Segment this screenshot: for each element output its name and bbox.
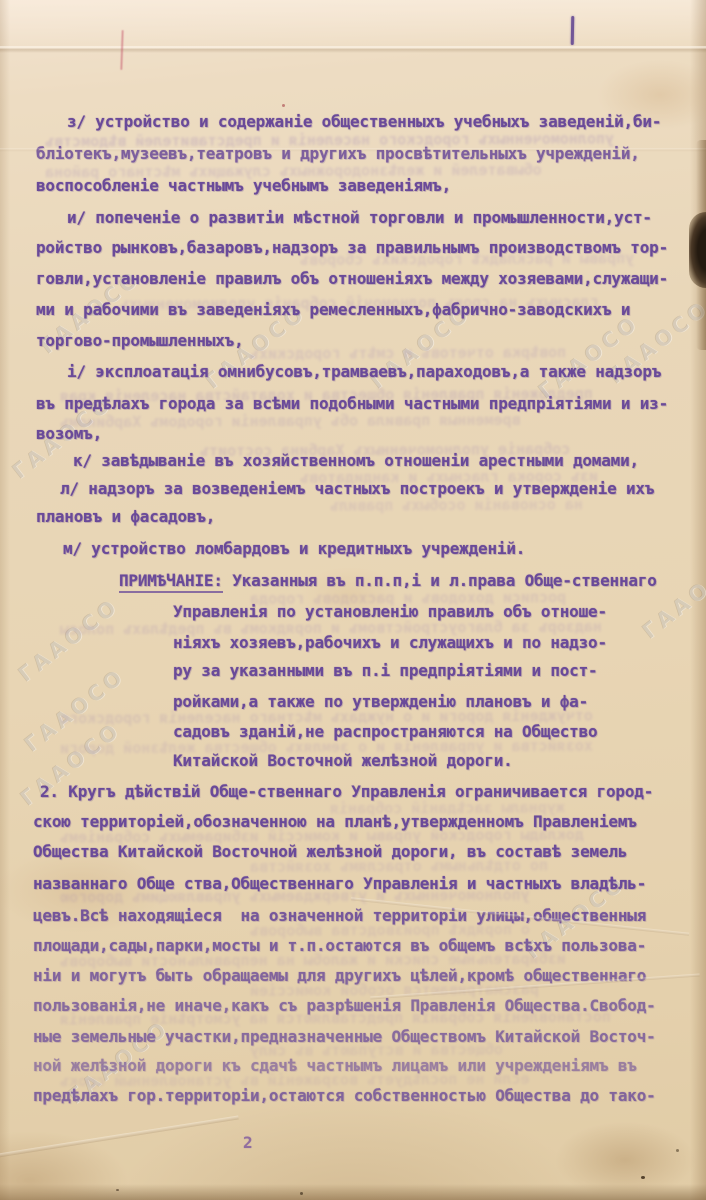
- archive-watermark: ГААОСО: [637, 550, 706, 643]
- archive-watermark: ГААОСО: [13, 593, 123, 686]
- typewritten-line: л/ надзоръ за возведеніемъ частныхъ пост…: [60, 479, 654, 498]
- typewritten-line: названнаго Обще ства,Общественнаго Управ…: [33, 874, 646, 893]
- paper-speck: [641, 1176, 645, 1179]
- paper-damage-hole: [689, 212, 706, 288]
- typewritten-line: предѣлахъ гор.территоріи,остаются собств…: [33, 1086, 656, 1105]
- ink-mark: [571, 16, 575, 45]
- typewritten-line: цевъ.Всѣ находящіеся на означенной терри…: [33, 906, 646, 925]
- bleed-through-line: на основаніи особыхъ правилъ: [330, 495, 583, 514]
- bleed-through-line: временныя правила объ управленіи городом…: [60, 411, 521, 431]
- typewritten-line: ніи и могутъ быть обращаемы для другихъ …: [33, 966, 646, 985]
- page-number: 2: [243, 1133, 253, 1152]
- typewritten-line: ные земельные участки,предназначенные Об…: [33, 1027, 656, 1046]
- typewritten-line: ной желѣзной дороги къ сдачѣ частнымъ ли…: [33, 1056, 637, 1075]
- archive-watermark: ГААОСО: [19, 663, 129, 756]
- typewritten-line: и/ попеченіе о развитіи мѣстной торговли…: [67, 208, 652, 227]
- typewritten-line: ройками,а также по утвержденію плановъ и…: [173, 692, 588, 711]
- paper-speck: [116, 1189, 119, 1191]
- typewritten-line: площади,сады,парки,мосты и т.п.остаются …: [33, 936, 646, 955]
- typewritten-line: Китайской Восточной желѣзной дороги.: [173, 751, 513, 770]
- paper-fold-crease: [0, 46, 706, 53]
- typewritten-line: ПРИМѢЧАНІЕ: Указанныя въ п.п.п,і и л.пра…: [119, 571, 657, 590]
- paper-speck: [282, 104, 285, 107]
- typewritten-line: Общества Китайской Восточной желѣзной до…: [33, 842, 627, 861]
- typewritten-line: бліотекъ,музеевъ,театровъ и другихъ прос…: [36, 144, 640, 163]
- torn-edge-wear: [696, 140, 706, 350]
- typewritten-line: въ предѣлахъ города за всѣми подобными ч…: [36, 394, 668, 413]
- paper-crease: [0, 1115, 239, 1158]
- typewritten-line: воспособленіе частнымъ учебнымъ заведені…: [36, 176, 451, 195]
- typewritten-line: садовъ зданій,не распространяются на Общ…: [173, 722, 597, 741]
- line-text: Указанныя въ п.п.п,і и л.права Обще-стве…: [223, 571, 657, 590]
- typewritten-line: ми и рабочими въ заведеніяхъ ремесленных…: [36, 300, 630, 319]
- typewritten-line: торгово-промышленныхъ,: [36, 331, 244, 350]
- typewritten-line: скою территоріей,обозначенною на планѣ,у…: [33, 812, 637, 831]
- typewritten-line: плановъ и фасадовъ,: [36, 507, 215, 526]
- typewritten-line: м/ устройство ломбардовъ и кредитныхъ уч…: [63, 539, 525, 558]
- typewritten-line: ройство рынковъ,базаровъ,надзоръ за прав…: [36, 238, 668, 257]
- typewritten-line: ніяхъ хозяевъ,рабочихъ и служащихъ и по …: [173, 633, 607, 652]
- typewritten-line: возомъ,: [36, 424, 102, 443]
- paper-speck: [300, 1192, 303, 1195]
- typewritten-line: з/ устройство и содержаніе общественныхъ…: [67, 112, 661, 131]
- typewritten-line: к/ завѣдываніе въ хозяйственномъ отношен…: [73, 451, 639, 470]
- typewritten-line: пользованія,не иначе,какъ съ разрѣшенія …: [33, 996, 656, 1015]
- underlined-note-label: ПРИМѢЧАНІЕ:: [119, 571, 223, 593]
- scanned-document-page: ГААОСОГААОСОГААОСОГААОСОГААОСОГААОСОГААО…: [0, 0, 706, 1200]
- bleed-through-line: повѣрка отчетовъ и смѣтъ городскихъ: [250, 343, 566, 363]
- typewritten-line: і/ эксплоатація омнибусовъ,трамваевъ,пар…: [67, 362, 661, 381]
- typewritten-line: 2. Кругъ дѣйствій Обще-ственнаго Управле…: [40, 782, 653, 801]
- pencil-mark: [120, 30, 123, 70]
- typewritten-line: ру за указанными въ п.і предпріятіями и …: [173, 661, 597, 680]
- typewritten-line: Управленія по установленію правилъ объ о…: [173, 602, 607, 621]
- paper-speck: [676, 1149, 679, 1152]
- archive-watermark: ГААОСО: [533, 310, 643, 403]
- typewritten-line: говли,установленіе правилъ объ отношенія…: [36, 269, 668, 288]
